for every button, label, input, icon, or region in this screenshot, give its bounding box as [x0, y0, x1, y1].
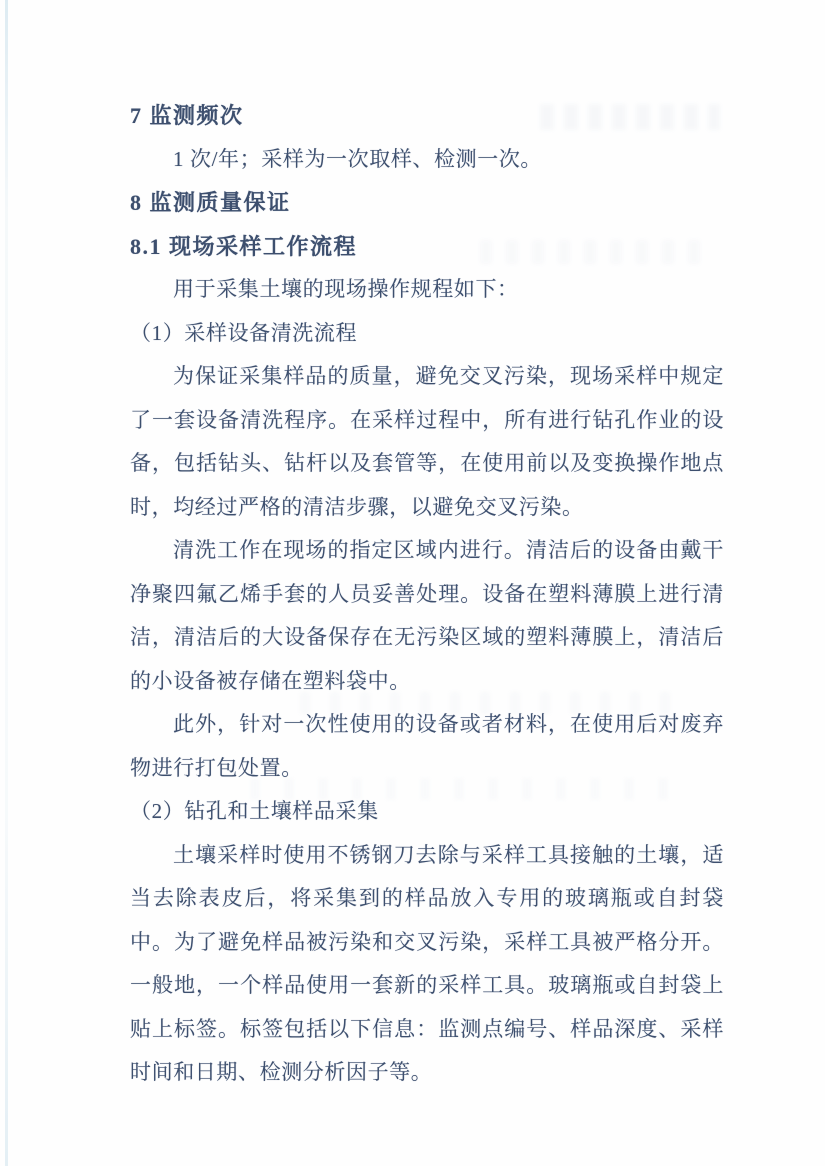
list-item-equipment-cleaning-process: （1）采样设备清洗流程	[130, 312, 724, 356]
document-body: 7 监测频次 1 次/年；采样为一次取样、检测一次。 8 监测质量保证 8.1 …	[130, 94, 724, 1095]
scan-edge-artifact	[5, 0, 8, 1166]
paragraph-cleaning-procedure: 为保证采集样品的质量，避免交叉污染，现场采样中规定了一套设备清洗程序。在采样过程…	[130, 355, 724, 529]
paragraph-procedure-intro: 用于采集土壤的现场操作规程如下：	[130, 268, 724, 312]
paragraph-soil-sampling-procedure: 土壤采样时使用不锈钢刀去除与采样工具接触的土壤，适当去除表皮后，将采集到的样品放…	[130, 834, 724, 1095]
paragraph-frequency-detail: 1 次/年；采样为一次取样、检测一次。	[130, 138, 724, 182]
heading-monitoring-frequency: 7 监测频次	[130, 94, 724, 138]
heading-monitoring-quality-assurance: 8 监测质量保证	[130, 181, 724, 225]
scanned-document-page: 7 监测频次 1 次/年；采样为一次取样、检测一次。 8 监测质量保证 8.1 …	[0, 0, 825, 1166]
list-item-drilling-and-soil-sampling: （2）钻孔和土壤样品采集	[130, 790, 724, 834]
paragraph-cleaning-area-and-storage: 清洗工作在现场的指定区域内进行。清洁后的设备由戴干净聚四氟乙烯手套的人员妥善处理…	[130, 529, 724, 703]
paragraph-disposable-equipment: 此外，针对一次性使用的设备或者材料，在使用后对废弃物进行打包处置。	[130, 703, 724, 790]
heading-field-sampling-workflow: 8.1 现场采样工作流程	[130, 225, 724, 269]
